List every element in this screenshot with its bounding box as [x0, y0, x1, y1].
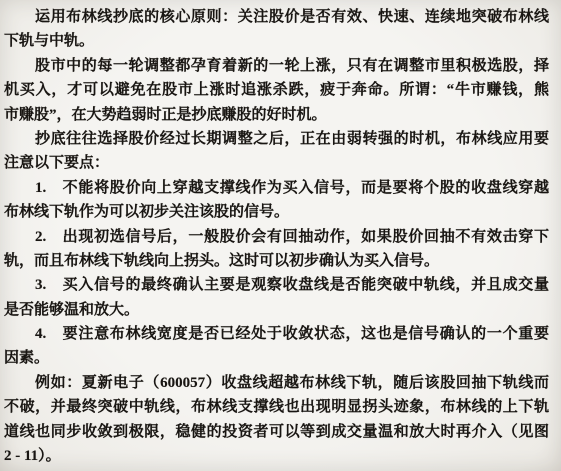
text-line: 不破，并最终突破中轨线，布林线支撑线也出现明显拐头迹象，布林线的上下轨 [4, 395, 549, 419]
text-line: 机买入，才可以避免在股市上涨时追涨杀跌，疲于奔命。所谓：“牛市赚钱，熊 [4, 78, 549, 102]
text-line: 轨，而且布林线下轨线向上拐头。这时可以初步确认为买入信号。 [4, 249, 549, 273]
text-line: 1. 不能将股价向上穿越支撑线作为买入信号，而是要将个股的收盘线穿越 [4, 176, 549, 200]
text-line: 2 - 11）。 [4, 444, 549, 468]
text-line: 道线也同步收敛到极限，稳健的投资者可以等到成交量温和放大时再介入（见图 [4, 420, 549, 444]
text-line: 运用布林线抄底的核心原则：关注股价是否有效、快速、连续地突破布林线 [4, 5, 549, 29]
text-line: 2. 出现初选信号后，一般股价会有回抽动作，如果股价回抽不有效击穿下 [4, 225, 549, 249]
text-line: 注意以下要点： [4, 151, 549, 175]
text-line: 布林线下轨作为可以初步关注该股的信号。 [4, 200, 549, 224]
text-line: 4. 要注意布林线宽度是否已经处于收敛状态，这也是信号确认的一个重要 [4, 322, 549, 346]
text-line: 市赚股”，在大势趋弱时正是抄底赚股的好时机。 [4, 103, 549, 127]
text-line: 因素。 [4, 346, 549, 370]
text-line: 3. 买入信号的最终确认主要是观察收盘线是否能突破中轨线，并且成交量 [4, 273, 549, 297]
scanned-document-page: 运用布林线抄底的核心原则：关注股价是否有效、快速、连续地突破布林线 下轨与中轨。… [0, 0, 561, 471]
document-text: 运用布林线抄底的核心原则：关注股价是否有效、快速、连续地突破布林线 下轨与中轨。… [4, 5, 549, 468]
text-line: 例如：夏新电子（600057）收盘线超越布林线下轨，随后该股回抽下轨线而 [4, 371, 549, 395]
text-line: 下轨与中轨。 [4, 29, 549, 53]
text-line: 股市中的每一轮调整都孕育着新的一轮上涨，只有在调整市里积极选股，择 [4, 54, 549, 78]
text-line: 抄底往往选择股价经过长期调整之后，正在由弱转强的时机，布林线应用要 [4, 127, 549, 151]
text-line: 是否能够温和放大。 [4, 298, 549, 322]
